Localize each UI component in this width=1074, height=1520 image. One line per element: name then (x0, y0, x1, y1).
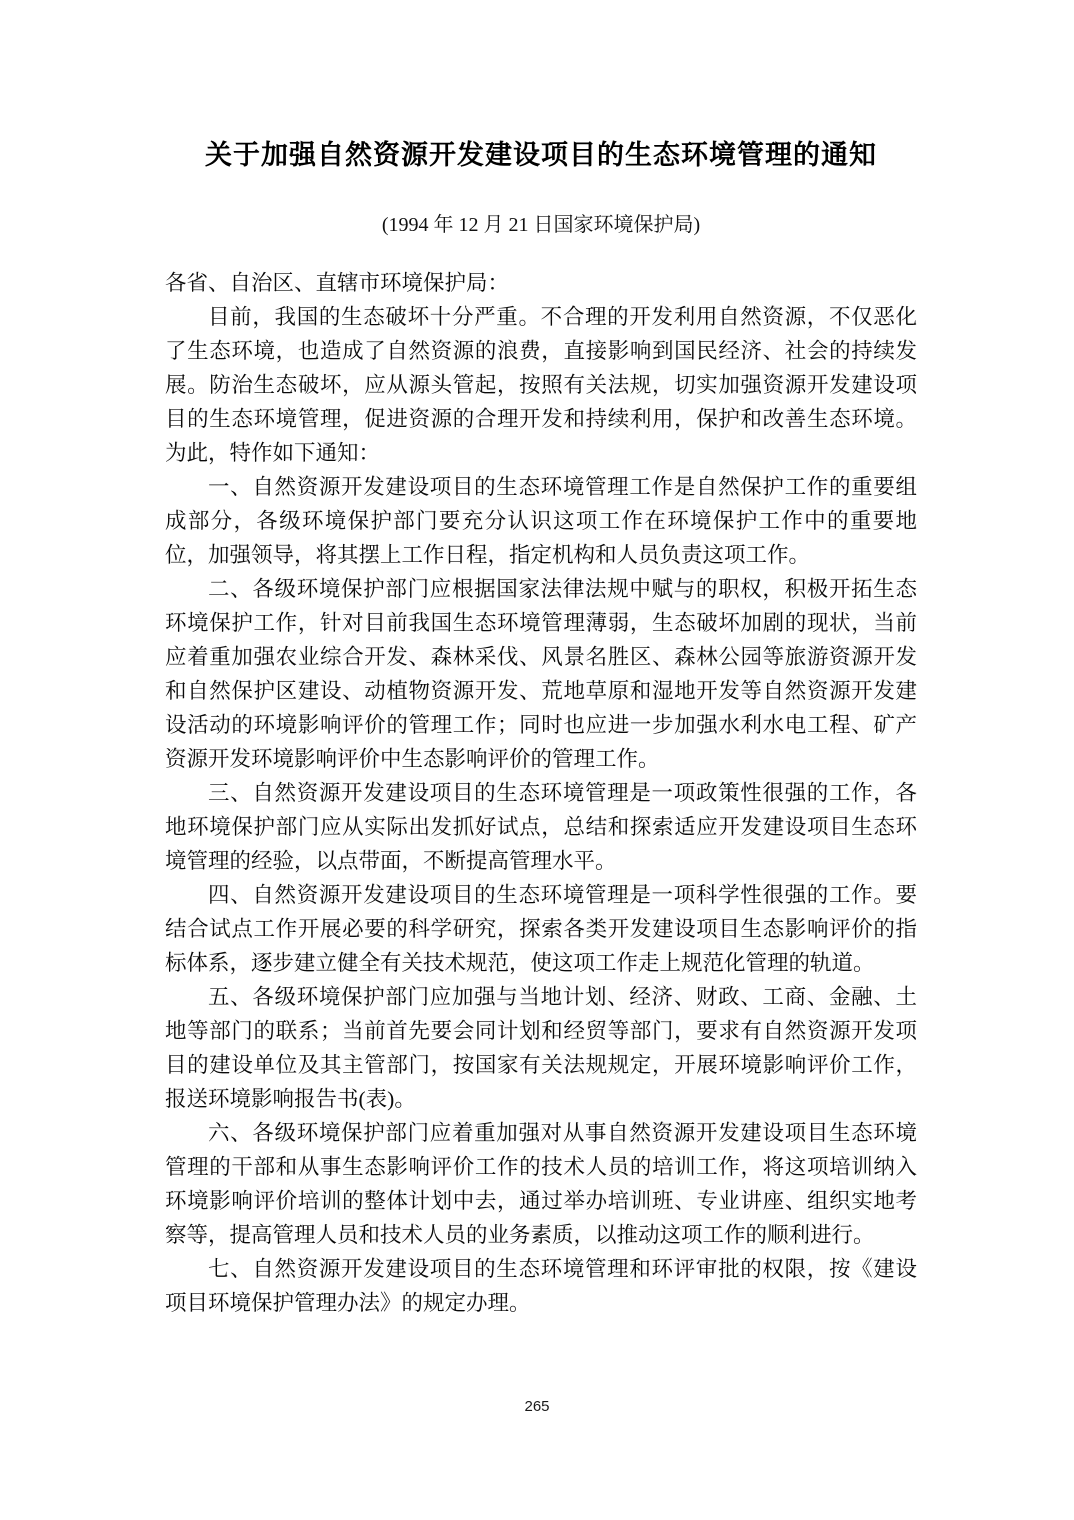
document-page: 关于加强自然资源开发建设项目的生态环境管理的通知 (1994 年 12 月 21… (0, 0, 1074, 1520)
page-number: 265 (0, 1398, 1074, 1415)
paragraph-item-5: 五、各级环境保护部门应加强与当地计划、经济、财政、工商、金融、土地等部门的联系；… (165, 980, 917, 1116)
paragraph-item-2: 二、各级环境保护部门应根据国家法律法规中赋与的职权，积极开拓生态环境保护工作，针… (165, 572, 917, 776)
paragraph-item-3: 三、自然资源开发建设项目的生态环境管理是一项政策性很强的工作，各地环境保护部门应… (165, 776, 917, 878)
paragraph-item-1: 一、自然资源开发建设项目的生态环境管理工作是自然保护工作的重要组成部分，各级环境… (165, 470, 917, 572)
salutation-line: 各省、自治区、直辖市环境保护局： (165, 266, 917, 300)
paragraph-intro: 目前，我国的生态破坏十分严重。不合理的开发利用自然资源，不仅恶化了生态环境，也造… (165, 300, 917, 470)
paragraph-item-6: 六、各级环境保护部门应着重加强对从事自然资源开发建设项目生态环境管理的干部和从事… (165, 1116, 917, 1252)
document-body: 关于加强自然资源开发建设项目的生态环境管理的通知 (1994 年 12 月 21… (165, 138, 917, 1320)
document-dateline: (1994 年 12 月 21 日国家环境保护局) (165, 212, 917, 238)
paragraph-item-7: 七、自然资源开发建设项目的生态环境管理和环评审批的权限，按《建设项目环境保护管理… (165, 1252, 917, 1320)
paragraph-item-4: 四、自然资源开发建设项目的生态环境管理是一项科学性很强的工作。要结合试点工作开展… (165, 878, 917, 980)
document-text-block: 各省、自治区、直辖市环境保护局： 目前，我国的生态破坏十分严重。不合理的开发利用… (165, 266, 917, 1320)
document-title: 关于加强自然资源开发建设项目的生态环境管理的通知 (165, 138, 917, 172)
